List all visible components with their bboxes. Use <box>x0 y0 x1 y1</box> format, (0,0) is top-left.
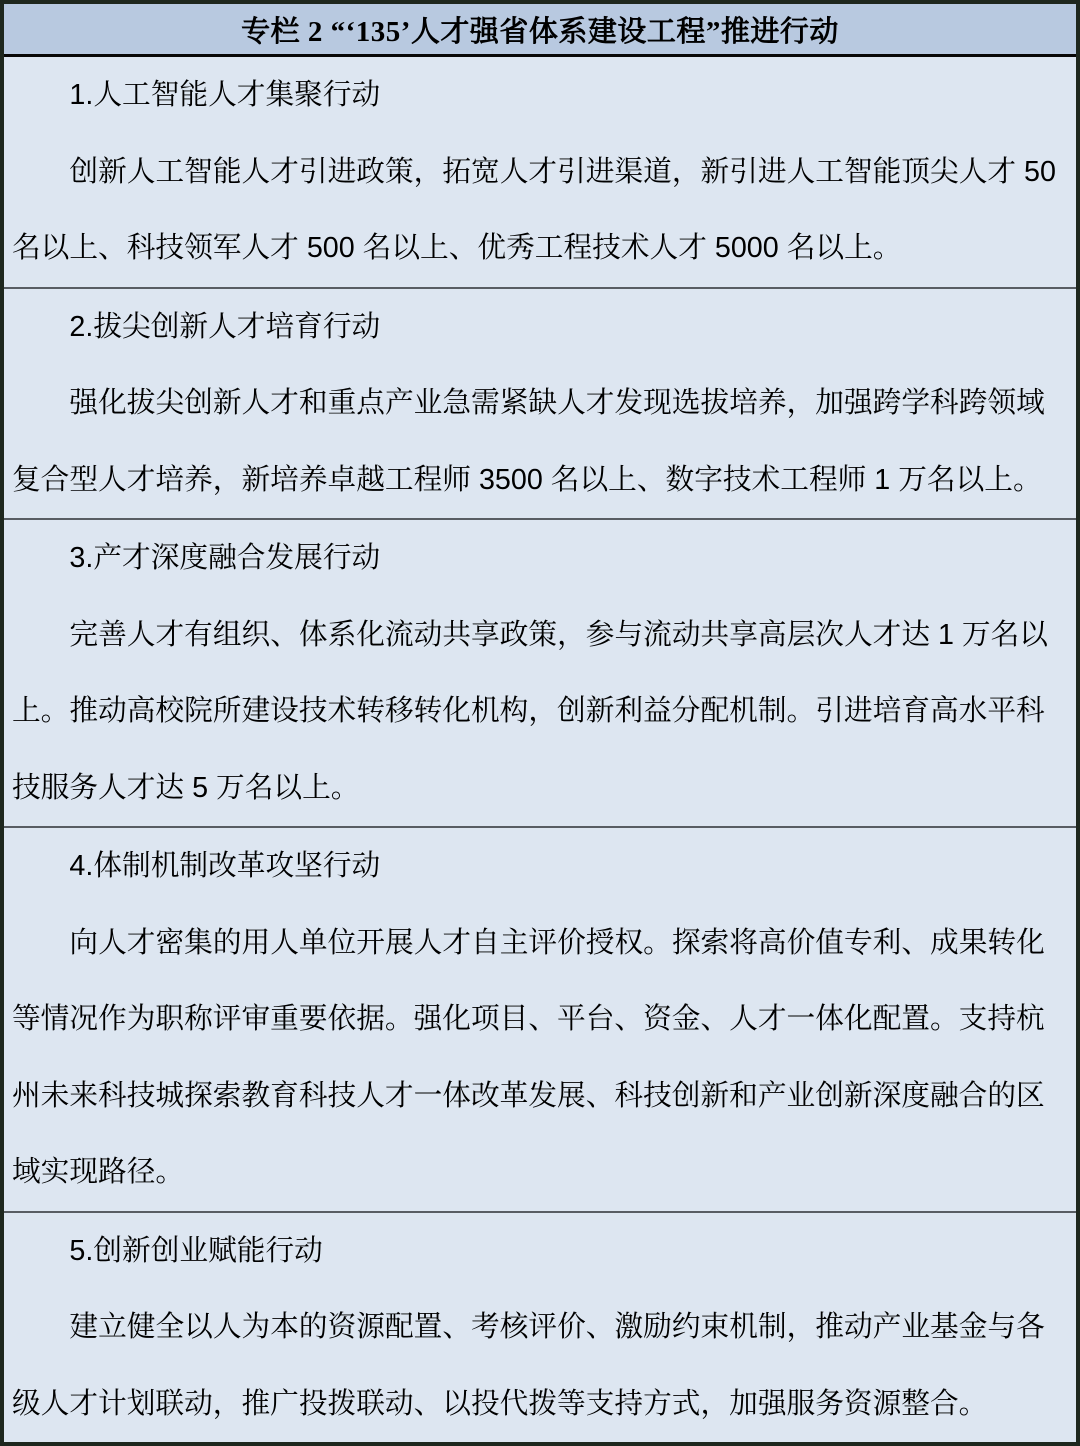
section-2-heading: 2.拔尖创新人才培育行动 <box>12 289 1068 366</box>
section-3-body: 完善人才有组织、体系化流动共享政策，参与流动共享高层次人才达 1 万名以上。推动… <box>12 597 1068 827</box>
section-5-body: 建立健全以人为本的资源配置、考核评价、激励约束机制，推动产业基金与各级人才计划联… <box>12 1289 1068 1442</box>
box-header: 专栏 2 “‘135’人才强省体系建设工程”推进行动 <box>4 4 1076 57</box>
section-1-heading: 1.人工智能人才集聚行动 <box>12 57 1068 134</box>
section-ai-talent: 1.人工智能人才集聚行动 创新人工智能人才引进政策，拓宽人才引进渠道，新引进人工… <box>4 57 1076 289</box>
section-innovation-entrepreneurship: 5.创新创业赋能行动 建立健全以人为本的资源配置、考核评价、激励约束机制，推动产… <box>4 1213 1076 1443</box>
section-system-reform: 4.体制机制改革攻坚行动 向人才密集的用人单位开展人才自主评价授权。探索将高价值… <box>4 828 1076 1213</box>
column-box-2: 专栏 2 “‘135’人才强省体系建设工程”推进行动 1.人工智能人才集聚行动 … <box>0 0 1080 1446</box>
section-4-body: 向人才密集的用人单位开展人才自主评价授权。探索将高价值专利、成果转化等情况作为职… <box>12 905 1068 1211</box>
section-5-heading: 5.创新创业赋能行动 <box>12 1213 1068 1290</box>
section-2-body: 强化拔尖创新人才和重点产业急需紧缺人才发现选拔培养，加强跨学科跨领域复合型人才培… <box>12 365 1068 518</box>
box-title: 专栏 2 “‘135’人才强省体系建设工程”推进行动 <box>241 9 839 50</box>
section-3-heading: 3.产才深度融合发展行动 <box>12 520 1068 597</box>
section-1-body: 创新人工智能人才引进政策，拓宽人才引进渠道，新引进人工智能顶尖人才 50 名以上… <box>12 134 1068 287</box>
section-industry-talent-integration: 3.产才深度融合发展行动 完善人才有组织、体系化流动共享政策，参与流动共享高层次… <box>4 520 1076 828</box>
section-4-heading: 4.体制机制改革攻坚行动 <box>12 828 1068 905</box>
section-top-innovation-talent: 2.拔尖创新人才培育行动 强化拔尖创新人才和重点产业急需紧缺人才发现选拔培养，加… <box>4 289 1076 521</box>
